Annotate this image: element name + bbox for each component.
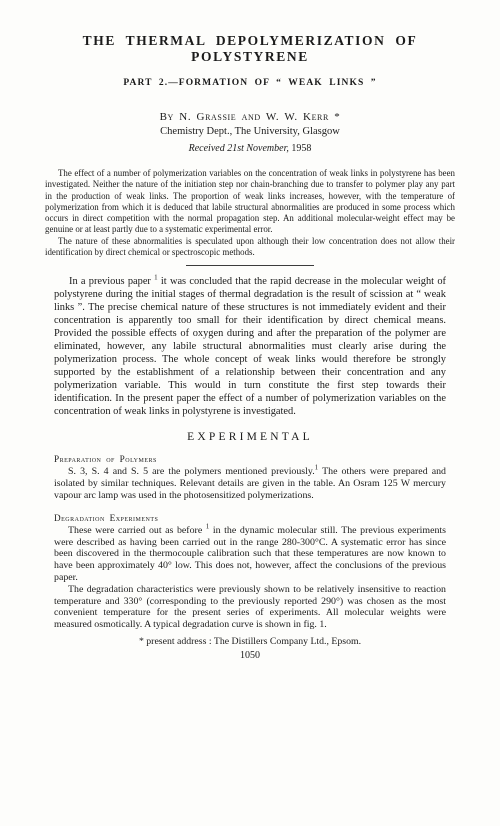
introduction-paragraph: In a previous paper 1 it was concluded t… bbox=[54, 275, 446, 418]
abstract: The effect of a number of polymerization… bbox=[45, 168, 455, 258]
preparation-of-polymers-section: S. 3, S. 4 and S. 5 are the polymers men… bbox=[54, 466, 446, 501]
paper-subtitle: PART 2.—FORMATION OF “ WEAK LINKS ” bbox=[0, 78, 500, 88]
paper-page: THE THERMAL DEPOLYMERIZATION OF POLYSTYR… bbox=[0, 0, 500, 826]
abstract-paragraph-1: The effect of a number of polymerization… bbox=[45, 168, 455, 236]
degradation-experiments-section: These were carried out as before 1 in th… bbox=[54, 525, 446, 631]
paper-title: THE THERMAL DEPOLYMERIZATION OF POLYSTYR… bbox=[20, 33, 480, 65]
section-divider-rule bbox=[186, 265, 314, 266]
page-number: 1050 bbox=[0, 650, 500, 661]
introduction-section: In a previous paper 1 it was concluded t… bbox=[54, 275, 446, 418]
author-footnote: * present address : The Distillers Compa… bbox=[0, 636, 500, 647]
degradation-experiments-heading: Degradation Experiments bbox=[54, 513, 446, 523]
received-date-italic: Received 21st November, bbox=[189, 143, 289, 154]
introduction-text-2: it was concluded that the rapid decrease… bbox=[54, 276, 446, 417]
received-date-year: 1958 bbox=[291, 143, 311, 154]
abstract-paragraph-2: The nature of these abnormalities is spe… bbox=[45, 236, 455, 259]
introduction-text-1: In a previous paper bbox=[69, 276, 154, 287]
experimental-heading: EXPERIMENTAL bbox=[0, 431, 500, 443]
received-date: Received 21st November, 1958 bbox=[0, 143, 500, 154]
preparation-of-polymers-heading: Preparation of Polymers bbox=[54, 454, 446, 464]
preparation-paragraph: S. 3, S. 4 and S. 5 are the polymers men… bbox=[54, 466, 446, 501]
author-affiliation: Chemistry Dept., The University, Glasgow bbox=[0, 126, 500, 137]
degradation-paragraph-1: These were carried out as before 1 in th… bbox=[54, 525, 446, 584]
degradation-text-1: These were carried out as before bbox=[68, 525, 206, 536]
degradation-paragraph-2: The degradation characteristics were pre… bbox=[54, 584, 446, 631]
author-byline: By N. Grassie and W. W. Kerr * bbox=[0, 111, 500, 123]
preparation-text-1: S. 3, S. 4 and S. 5 are the polymers men… bbox=[68, 466, 315, 477]
